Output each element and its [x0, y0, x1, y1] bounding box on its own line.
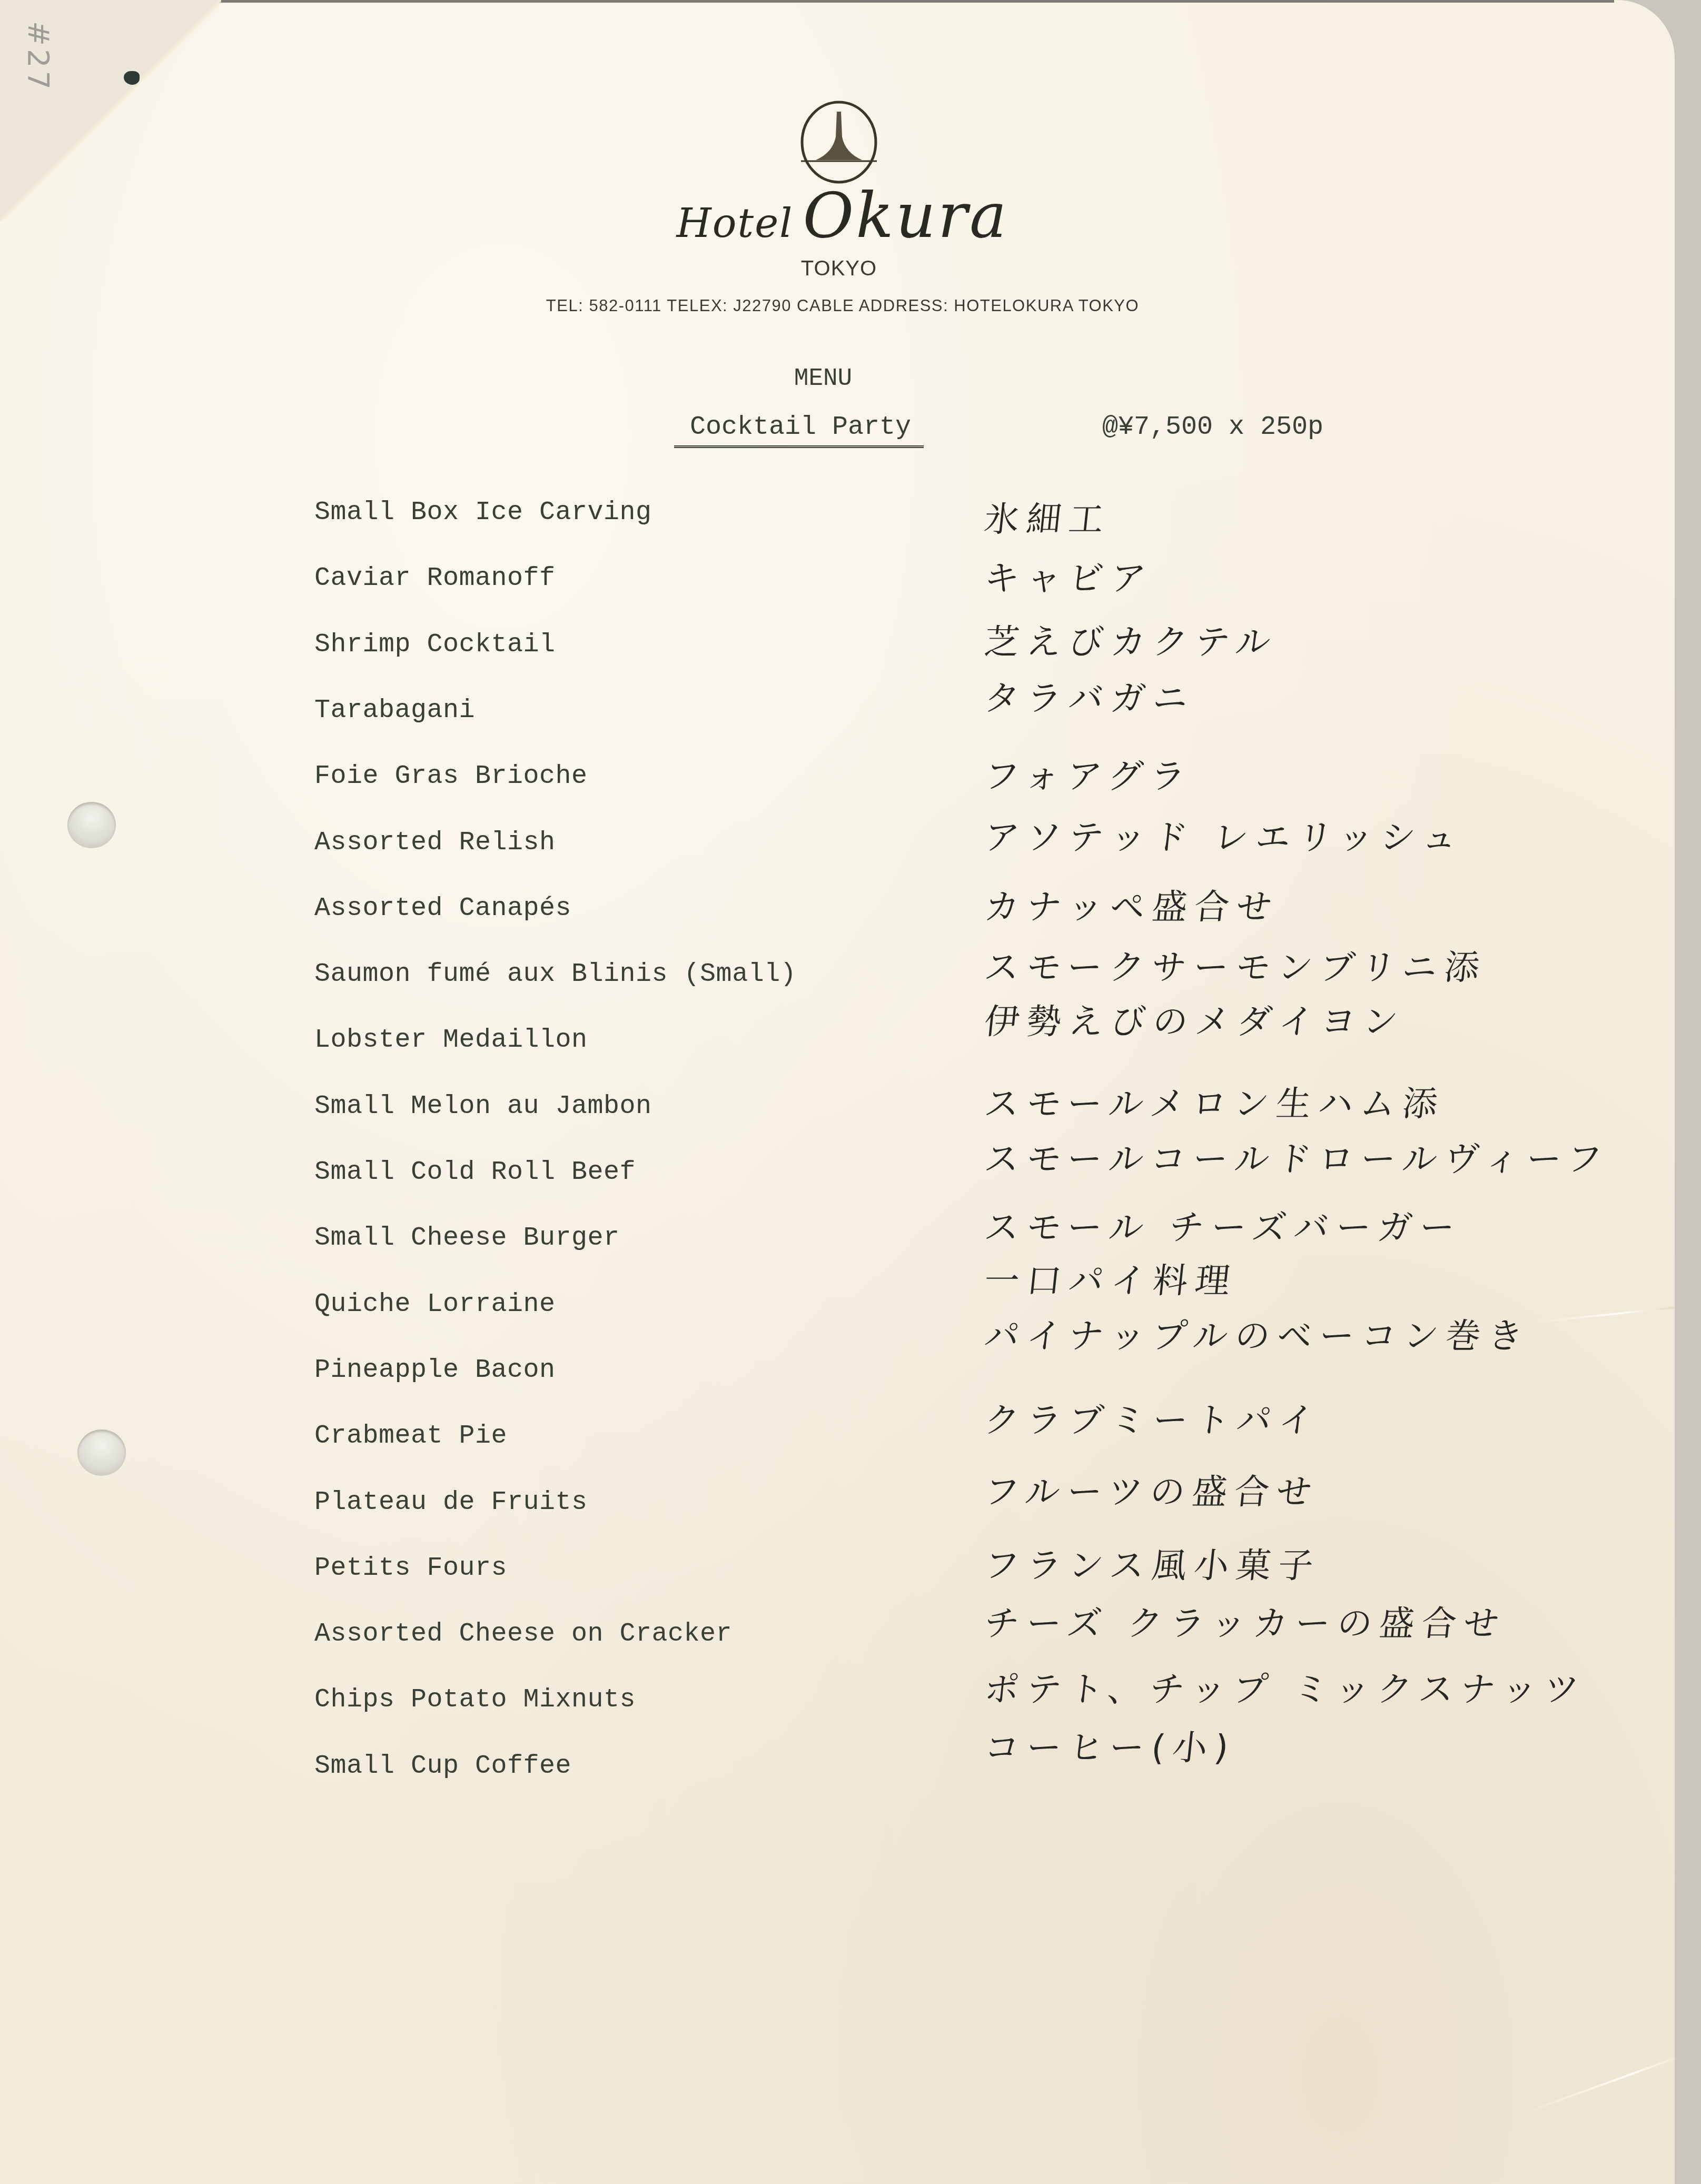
menu-item-english: Chips Potato Mixnuts: [314, 1685, 636, 1715]
menu-item: Pineapple Baconパイナップルのベーコン巻き: [0, 1355, 1675, 1408]
menu-item-english: Petits Fours: [314, 1553, 507, 1583]
menu-item-japanese-handwritten: チーズ クラッカーの盛合せ: [982, 1595, 1509, 1645]
price-per-person: @¥7,500 x 250p: [1102, 412, 1323, 442]
menu-item-japanese-handwritten: スモール チーズバーガー: [982, 1199, 1465, 1249]
menu-item-japanese-handwritten: タラバガニ: [982, 670, 1198, 720]
menu-item-japanese-handwritten: スモールコールドロールヴィーフ: [982, 1131, 1612, 1181]
menu-item: Tarabaganiタラバガニ: [0, 696, 1675, 748]
menu-item: Small Cup Coffeeコーヒー(小): [0, 1751, 1675, 1804]
menu-item-japanese-handwritten: アソテッド レエリッシュ: [982, 809, 1467, 859]
menu-item-english: Small Cheese Burger: [314, 1223, 620, 1253]
menu-item: Lobster Medaillon伊勢えびのメダイヨン: [0, 1025, 1675, 1078]
menu-item-japanese-handwritten: パイナップルのベーコン巻き: [982, 1308, 1533, 1358]
menu-item-japanese-handwritten: フルーツの盛合せ: [982, 1464, 1322, 1514]
menu-item-english: Small Box Ice Carving: [314, 498, 652, 528]
top-edge-shadow: [182, 0, 1614, 3]
hotel-okura-emblem-icon: [797, 100, 881, 184]
pencil-annotation: #27: [21, 21, 55, 93]
brand-name-text: Okura: [803, 179, 1008, 252]
menu-item: Assorted Relishアソテッド レエリッシュ: [0, 828, 1675, 880]
brand-hotel-text: Hotel: [677, 200, 794, 246]
menu-item-english: Small Melon au Jambon: [314, 1091, 652, 1121]
menu-item-english: Caviar Romanoff: [314, 563, 556, 593]
menu-item-english: Small Cup Coffee: [314, 1751, 571, 1781]
menu-item-japanese-handwritten: 一口パイ料理: [982, 1253, 1240, 1303]
menu-item-japanese-handwritten: フランス風小菓子: [982, 1537, 1323, 1587]
menu-item-japanese-handwritten: ポテト、チップ ミックスナッツ: [982, 1661, 1589, 1711]
contact-line: TEL: 582-0111 TELEX: J22790 CABLE ADDRES…: [474, 296, 1211, 315]
menu-item-japanese-handwritten: コーヒー(小): [982, 1720, 1239, 1770]
menu-item-japanese-handwritten: 氷細工: [982, 491, 1114, 541]
menu-item-japanese-handwritten: フォアグラ: [982, 748, 1195, 798]
menu-item-english: Assorted Cheese on Cracker: [314, 1619, 732, 1649]
menu-item: Plateau de Fruitsフルーツの盛合せ: [0, 1487, 1675, 1540]
menu-item-english: Lobster Medaillon: [314, 1025, 588, 1055]
menu-item-japanese-handwritten: スモールメロン生ハム添: [982, 1076, 1448, 1126]
menu-item-english: Tarabagani: [314, 696, 475, 726]
menu-title: MENU: [734, 365, 913, 392]
menu-item: Shrimp Cocktail芝えびカクテル: [0, 630, 1675, 682]
menu-item-english: Pineapple Bacon: [314, 1355, 556, 1385]
menu-item-english: Saumon fumé aux Blinis (Small): [314, 959, 796, 989]
menu-item-japanese-handwritten: 伊勢えびのメダイヨン: [982, 994, 1408, 1044]
menu-item-english: Crabmeat Pie: [314, 1421, 507, 1451]
menu-item-japanese-handwritten: カナッペ盛合せ: [982, 879, 1282, 929]
menu-item: Chips Potato Mixnutsポテト、チップ ミックスナッツ: [0, 1685, 1675, 1738]
menu-item: Foie Gras Briocheフォアグラ: [0, 761, 1675, 814]
menu-item-english: Foie Gras Brioche: [314, 761, 588, 791]
menu-item: Small Box Ice Carving氷細工: [0, 498, 1675, 550]
staple-mark: [124, 71, 140, 85]
menu-item-japanese-handwritten: スモークサーモンブリニ添: [982, 939, 1489, 989]
menu-item-japanese-handwritten: キャビア: [982, 550, 1156, 600]
menu-item-english: Assorted Relish: [314, 828, 556, 858]
hotel-brand-wordmark: HotelOkura: [658, 179, 1027, 252]
menu-item-english: Small Cold Roll Beef: [314, 1157, 636, 1187]
menu-item-english: Shrimp Cocktail: [314, 630, 556, 660]
menu-item-english: Quiche Lorraine: [314, 1289, 556, 1319]
menu-item: Caviar Romanoffキャビア: [0, 563, 1675, 616]
menu-item-english: Assorted Canapés: [314, 894, 571, 924]
menu-item: Saumon fumé aux Blinis (Small)スモークサーモンブリ…: [0, 959, 1675, 1012]
menu-item: Assorted Canapésカナッペ盛合せ: [0, 894, 1675, 946]
hotel-city: TOKYO: [734, 257, 944, 281]
menu-item: Small Cheese Burgerスモール チーズバーガー: [0, 1223, 1675, 1276]
menu-item-japanese-handwritten: 芝えびカクテル: [982, 614, 1281, 664]
event-title: Cocktail Party: [674, 412, 924, 448]
menu-item: Crabmeat Pieクラブミートパイ: [0, 1421, 1675, 1474]
menu-item-japanese-handwritten: クラブミートパイ: [982, 1392, 1324, 1442]
menu-item-english: Plateau de Fruits: [314, 1487, 588, 1517]
